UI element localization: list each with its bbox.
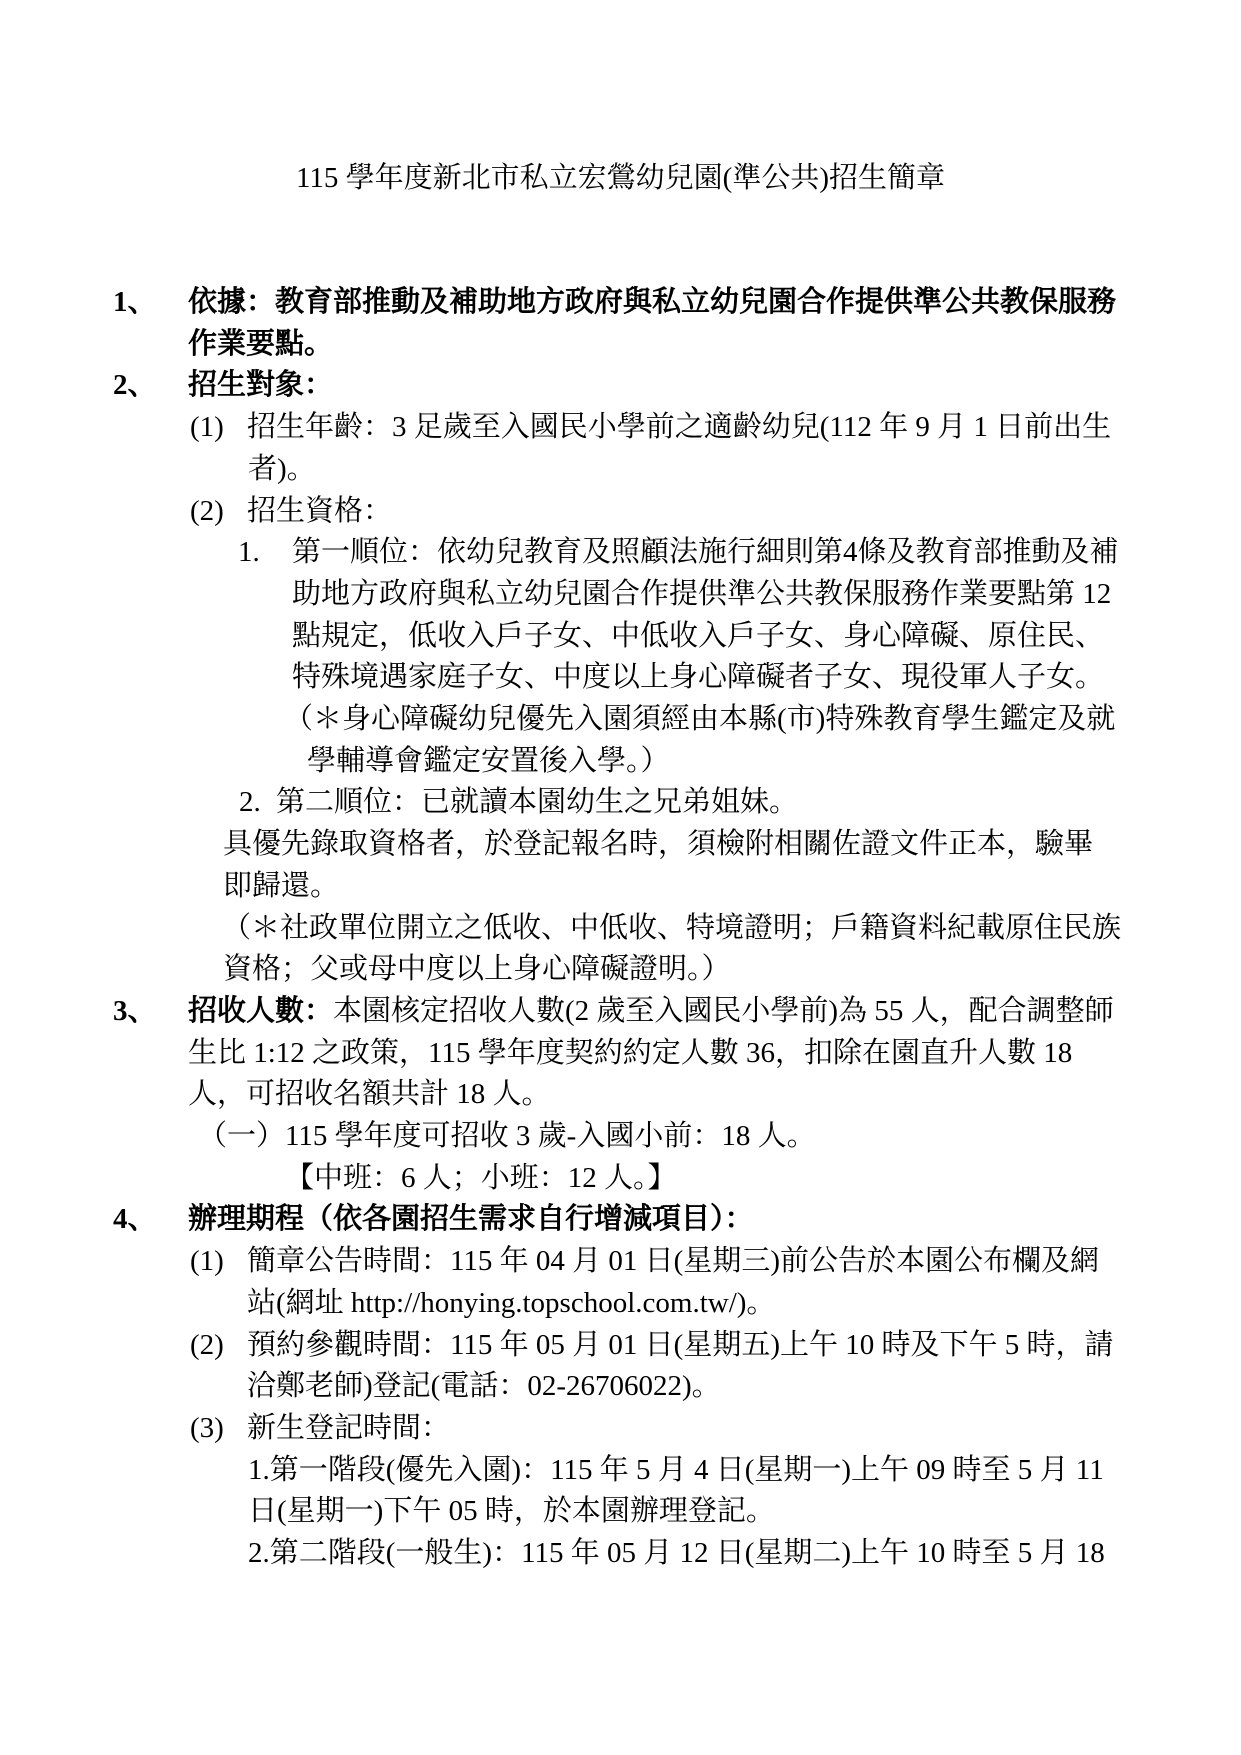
text-segment: 資格；父或母中度以上身心障礙證明。） [223,948,731,990]
text-segment: 作業要點。 [188,323,333,365]
text-line: 生比 1:12 之政策，115 學年度契約約定人數 36，扣除在園直升人數 18 [0,1032,1241,1074]
text-line: 2、招生對象： [0,364,1241,406]
text-segment: 生比 1:12 之政策，115 學年度契約約定人數 36，扣除在園直升人數 18 [188,1032,1072,1074]
text-segment: 新生登記時間： [247,1407,450,1449]
text-segment: 【中班：6 人；小班：12 人。】 [285,1157,677,1199]
text-segment: 2、 [113,364,157,406]
text-segment: 第二順位：已就讀本園幼生之兄弟姐妹。 [276,781,798,823]
text-line: 作業要點。 [0,323,1241,365]
text-line: (1)招生年齡：3 足歲至入國民小學前之適齡幼兒(112 年 9 月 1 日前出… [0,406,1241,448]
text-line: 助地方政府與私立幼兒園合作提供準公共教保服務作業要點第 12 [0,573,1241,615]
text-line: 2.第二階段(一般生)：115 年 05 月 12 日(星期二)上午 10 時至… [0,1532,1241,1574]
text-segment: 3、 [113,990,157,1032]
text-segment: (2) [190,1324,224,1366]
text-line: 【中班：6 人；小班：12 人。】 [0,1157,1241,1199]
text-segment: 4、 [113,1198,157,1240]
text-line: 資格；父或母中度以上身心障礙證明。） [0,948,1241,990]
text-line: 者)。 [0,448,1241,490]
text-segment: 者)。 [248,448,316,490]
text-line: 人，可招收名額共計 18 人。 [0,1073,1241,1115]
text-segment: 招生資格： [247,490,392,532]
text-line: 2.第二順位：已就讀本園幼生之兄弟姐妹。 [0,781,1241,823]
document-page: 115 學年度新北市私立宏鶯幼兒園(準公共)招生簡章 1、依據：教育部推動及補助… [0,0,1241,1755]
text-line: (2)預約參觀時間：115 年 05 月 01 日(星期五)上午 10 時及下午… [0,1324,1241,1366]
text-segment: 點規定，低收入戶子女、中低收入戶子女、身心障礙、原住民、 [292,615,1104,657]
text-line: 具優先錄取資格者，於登記報名時，須檢附相關佐證文件正本，驗畢 [0,823,1241,865]
text-segment: (1) [190,406,224,448]
text-segment: 本園核定招收人數(2 歲至入國民小學前)為 55 人，配合調整師 [333,990,1114,1032]
text-segment: 人，可招收名額共計 18 人。 [188,1073,551,1115]
text-segment: 招生對象： [188,364,333,406]
text-line: 特殊境遇家庭子女、中度以上身心障礙者子女、現役軍人子女。 [0,656,1241,698]
text-line: 4、辦理期程（依各園招生需求自行增減項目）： [0,1198,1241,1240]
text-segment: (1) [190,1240,224,1282]
document-title: 115 學年度新北市私立宏鶯幼兒園(準公共)招生簡章 [0,158,1241,199]
text-line: 站(網址 http://honying.topschool.com.tw/)。 [0,1282,1241,1324]
text-line: 即歸還。 [0,865,1241,907]
text-segment: 即歸還。 [223,865,339,907]
text-line: 1.第一順位：依幼兒教育及照顧法施行細則第4條及教育部推動及補 [0,531,1241,573]
text-line: 1.第一階段(優先入園)：115 年 5 月 4 日(星期一)上午 09 時至 … [0,1449,1241,1491]
text-segment: 助地方政府與私立幼兒園合作提供準公共教保服務作業要點第 12 [292,573,1111,615]
text-segment: 學輔導會鑑定安置後入學。） [307,740,670,782]
text-segment: 2.第二階段(一般生)：115 年 05 月 12 日(星期二)上午 10 時至… [248,1532,1105,1574]
text-segment: 簡章公告時間：115 年 04 月 01 日(星期三)前公告於本園公布欄及網 [247,1240,1099,1282]
text-segment: 招生年齡：3 足歲至入國民小學前之適齡幼兒(112 年 9 月 1 日前出生 [247,406,1111,448]
text-segment: 特殊境遇家庭子女、中度以上身心障礙者子女、現役軍人子女。 [292,656,1104,698]
text-segment: 第一順位：依幼兒教育及照顧法施行細則第4條及教育部推動及補 [292,531,1119,573]
text-line: 1、依據：教育部推動及補助地方政府與私立幼兒園合作提供準公共教保服務 [0,281,1241,323]
text-line: 學輔導會鑑定安置後入學。） [0,740,1241,782]
text-segment: 辦理期程（依各園招生需求自行增減項目）： [188,1198,754,1240]
text-segment: 預約參觀時間：115 年 05 月 01 日(星期五)上午 10 時及下午 5 … [247,1324,1114,1366]
text-line: 點規定，低收入戶子女、中低收入戶子女、身心障礙、原住民、 [0,615,1241,657]
text-segment: （一）115 學年度可招收 3 歲-入國小前：18 人。 [198,1115,816,1157]
text-line: 洽鄭老師)登記(電話：02-26706022)。 [0,1365,1241,1407]
text-segment: 依據：教育部推動及補助地方政府與私立幼兒園合作提供準公共教保服務 [188,281,1116,323]
text-segment: 日(星期一)下午 05 時，於本園辦理登記。 [248,1490,775,1532]
text-segment: 招收人數： [188,990,333,1032]
text-segment: 1、 [113,281,157,323]
text-segment: （＊身心障礙幼兒優先入園須經由本縣(市)特殊教育學生鑑定及就 [284,698,1115,740]
text-line: （＊社政單位開立之低收、中低收、特境證明；戶籍資料紀載原住民族 [0,907,1241,949]
text-segment: 1.第一階段(優先入園)：115 年 5 月 4 日(星期一)上午 09 時至 … [248,1449,1104,1491]
text-segment: 2. [239,781,261,823]
text-segment: 1. [238,531,260,573]
text-segment: （＊社政單位開立之低收、中低收、特境證明；戶籍資料紀載原住民族 [222,907,1121,949]
text-line: (3)新生登記時間： [0,1407,1241,1449]
text-line: （＊身心障礙幼兒優先入園須經由本縣(市)特殊教育學生鑑定及就 [0,698,1241,740]
text-segment: (3) [190,1407,224,1449]
text-segment: 具優先錄取資格者，於登記報名時，須檢附相關佐證文件正本，驗畢 [223,823,1093,865]
text-line: （一）115 學年度可招收 3 歲-入國小前：18 人。 [0,1115,1241,1157]
text-line: 3、招收人數：本園核定招收人數(2 歲至入國民小學前)為 55 人，配合調整師 [0,990,1241,1032]
text-line: 日(星期一)下午 05 時，於本園辦理登記。 [0,1490,1241,1532]
text-segment: 站(網址 http://honying.topschool.com.tw/)。 [247,1282,775,1324]
text-segment: (2) [190,490,224,532]
text-line: (1)簡章公告時間：115 年 04 月 01 日(星期三)前公告於本園公布欄及… [0,1240,1241,1282]
text-line: (2)招生資格： [0,490,1241,532]
text-segment: 洽鄭老師)登記(電話：02-26706022)。 [247,1365,721,1407]
